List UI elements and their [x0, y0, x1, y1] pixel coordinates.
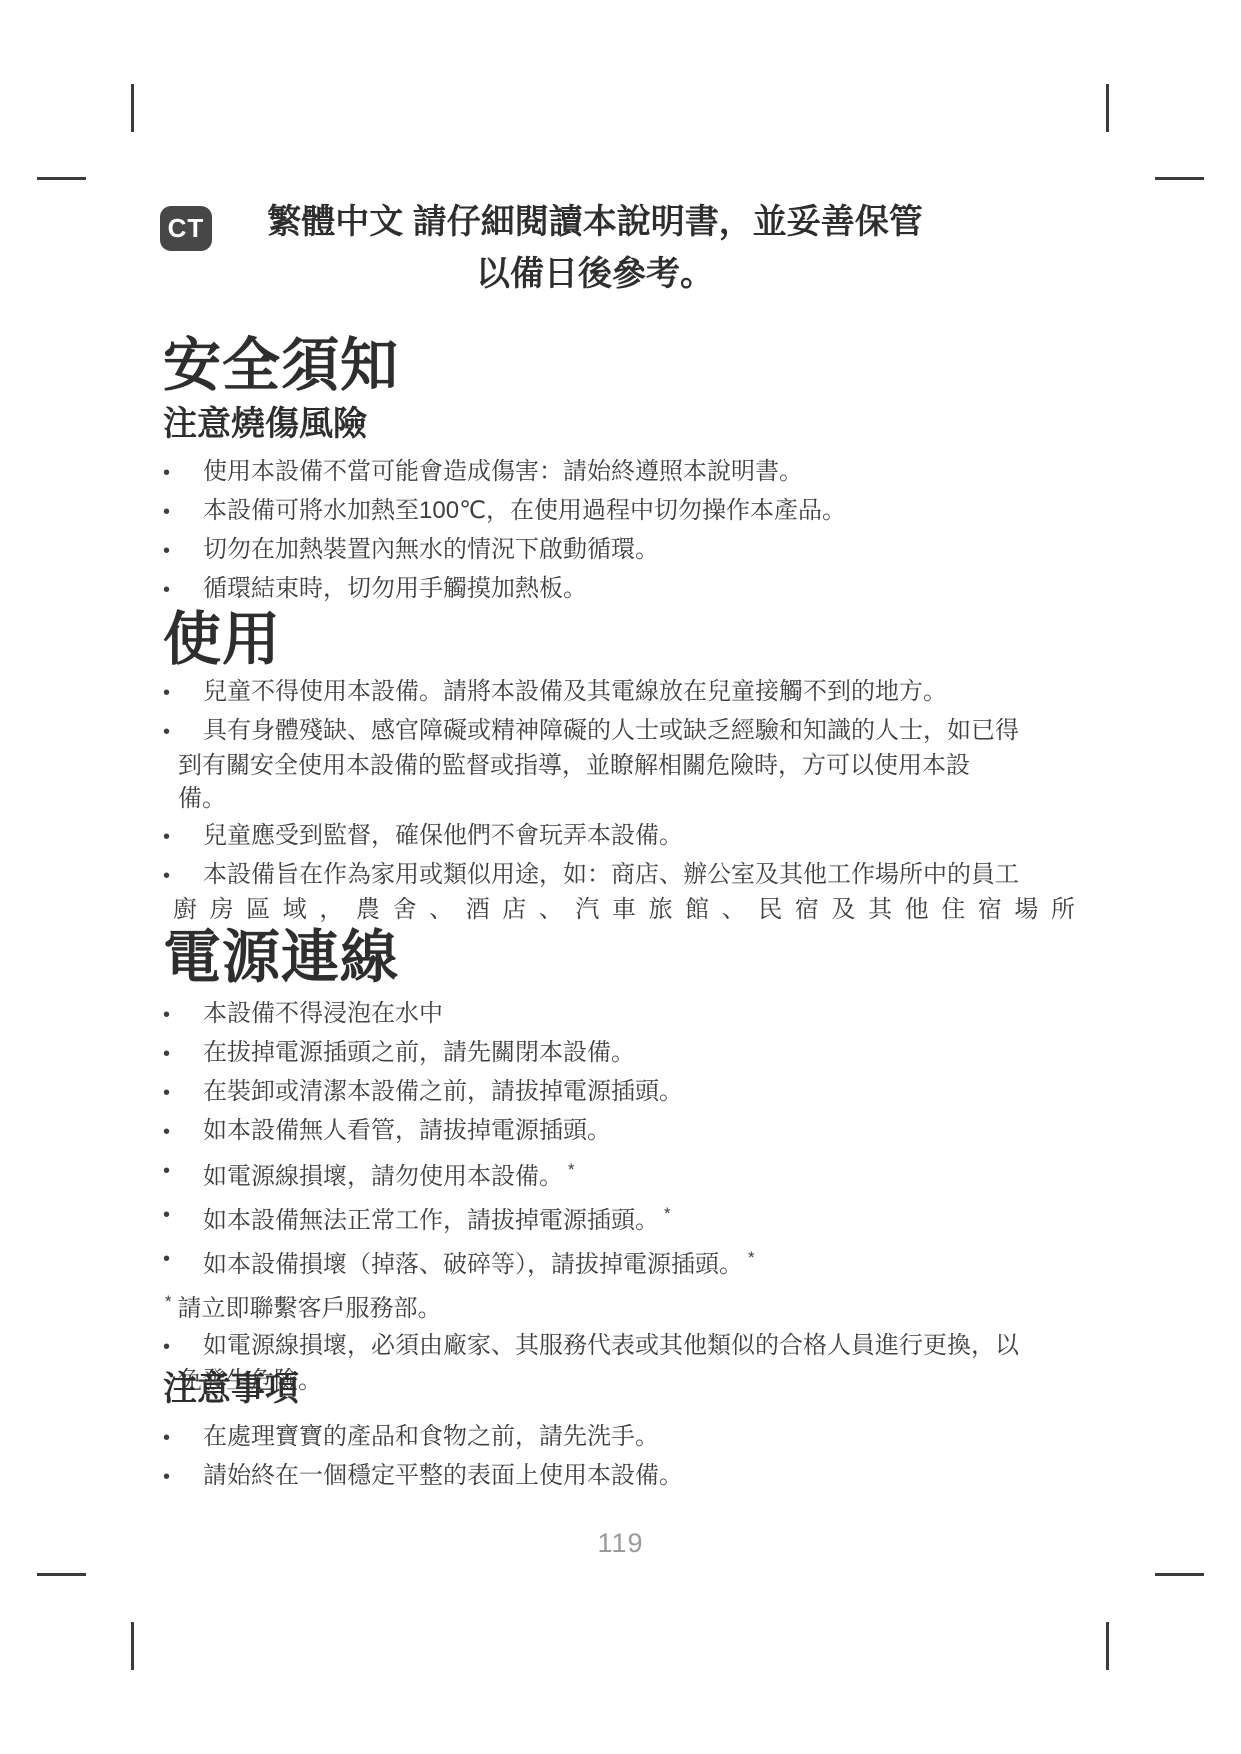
- bullet-icon: [163, 858, 203, 893]
- list-item-text-continuation: 廚房區域，農舍、酒店、汽車旅館、民宿及其他住宿場所: [163, 893, 1075, 926]
- list-item-text-continuation: 到有關安全使用本設備的監督或指導，並瞭解相關危險時，方可以使用本設: [163, 749, 1075, 782]
- list-item: 本設備旨在作為家用或類似用途，如：商店、辦公室及其他工作場所中的員工 廚房區域，…: [163, 858, 1075, 926]
- list-item-text: 使用本設備不當可能會造成傷害：請始終遵照本說明書。: [203, 455, 1075, 490]
- list-item-text: 具有身體殘缺、感官障礙或精神障礙的人士或缺乏經驗和知識的人士，如已得: [203, 714, 1075, 749]
- footnote-asterisk: *: [664, 1204, 671, 1223]
- list-item-text-continuation: 備。: [163, 782, 1075, 815]
- list-item: 兒童不得使用本設備。請將本設備及其電線放在兒童接觸不到的地方。: [163, 675, 1075, 710]
- list-item: 請始終在一個穩定平整的表面上使用本設備。: [163, 1459, 1075, 1494]
- list-item-text-main: 如本設備無法正常工作，請拔掉電源插頭。: [203, 1207, 659, 1234]
- bullet-list-precautions: 在處理寶寶的產品和食物之前，請先洗手。 請始終在一個穩定平整的表面上使用本設備。: [163, 1420, 1075, 1498]
- bullet-icon: [163, 1153, 203, 1193]
- list-item-text: 本設備不得浸泡在水中: [203, 997, 1075, 1032]
- crop-mark-top-left-vertical: [131, 84, 134, 132]
- list-item: 切勿在加熱裝置內無水的情況下啟動循環。: [163, 533, 1075, 568]
- list-item-text: 如本設備無人看管，請拔掉電源插頭。: [203, 1114, 1075, 1149]
- bullet-list-power: 本設備不得浸泡在水中 在拔掉電源插頭之前，請先關閉本設備。 在裝卸或清潔本設備之…: [163, 997, 1075, 1401]
- bullet-icon: [163, 1075, 203, 1110]
- list-item-text: 在裝卸或清潔本設備之前，請拔掉電源插頭。: [203, 1075, 1075, 1110]
- footnote-asterisk: *: [165, 1292, 172, 1311]
- list-item: 具有身體殘缺、感官障礙或精神障礙的人士或缺乏經驗和知識的人士，如已得 到有關安全…: [163, 714, 1075, 815]
- crop-mark-top-right-vertical: [1106, 84, 1109, 132]
- list-item-text: 切勿在加熱裝置內無水的情況下啟動循環。: [203, 533, 1075, 568]
- list-item-text: 本設備旨在作為家用或類似用途，如：商店、辦公室及其他工作場所中的員工: [203, 858, 1075, 893]
- footnote-text: 請立即聯繫客戶服務部。: [178, 1295, 442, 1322]
- bullet-icon: [163, 1329, 203, 1364]
- list-item: 在拔掉電源插頭之前，請先關閉本設備。: [163, 1036, 1075, 1071]
- section-title-usage: 使用: [163, 610, 281, 670]
- list-item: 循環結束時，切勿用手觸摸加熱板。: [163, 572, 1075, 607]
- list-item-text: 兒童應受到監督，確保他們不會玩弄本設備。: [203, 819, 1075, 854]
- bullet-icon: [163, 455, 203, 490]
- bullet-icon: [163, 1420, 203, 1455]
- list-item-text: 在拔掉電源插頭之前，請先關閉本設備。: [203, 1036, 1075, 1071]
- list-item: 在處理寶寶的產品和食物之前，請先洗手。: [163, 1420, 1075, 1455]
- list-item: 如電源線損壞，請勿使用本設備。*: [163, 1153, 1075, 1193]
- list-item-text: 循環結束時，切勿用手觸摸加熱板。: [203, 572, 1075, 607]
- list-item: 本設備可將水加熱至100℃，在使用過程中切勿操作本產品。: [163, 494, 1075, 529]
- bullet-list-usage: 兒童不得使用本設備。請將本設備及其電線放在兒童接觸不到的地方。 具有身體殘缺、感…: [163, 675, 1075, 930]
- list-item-text: 如本設備損壞（掉落、破碎等），請拔掉電源插頭。*: [203, 1241, 1075, 1281]
- bullet-icon: [163, 572, 203, 607]
- bullet-icon: [163, 997, 203, 1032]
- list-item-text-main: 如電源線損壞，請勿使用本設備。: [203, 1163, 563, 1190]
- list-item: 兒童應受到監督，確保他們不會玩弄本設備。: [163, 819, 1075, 854]
- bullet-icon: [163, 1241, 203, 1281]
- header-line2: 以備日後參考。: [130, 248, 1060, 300]
- list-item-text: 如本設備無法正常工作，請拔掉電源插頭。*: [203, 1197, 1075, 1237]
- list-item-text: 如電源線損壞，必須由廠家、其服務代表或其他類似的合格人員進行更換，以: [203, 1329, 1075, 1364]
- crop-mark-top-left-horizontal: [37, 177, 86, 180]
- header-line1: 繁體中文 請仔細閱讀本說明書，並妥善保管: [130, 196, 1060, 248]
- footnote-asterisk: *: [568, 1160, 575, 1179]
- list-item: 本設備不得浸泡在水中: [163, 997, 1075, 1032]
- bullet-icon: [163, 675, 203, 710]
- list-item: 使用本設備不當可能會造成傷害：請始終遵照本說明書。: [163, 455, 1075, 490]
- list-item-text: 請始終在一個穩定平整的表面上使用本設備。: [203, 1459, 1075, 1494]
- page-header: 繁體中文 請仔細閱讀本說明書，並妥善保管 以備日後參考。: [130, 196, 1060, 300]
- list-item-text: 本設備可將水加熱至100℃，在使用過程中切勿操作本產品。: [203, 494, 1075, 529]
- list-item-text: 在處理寶寶的產品和食物之前，請先洗手。: [203, 1420, 1075, 1455]
- bullet-icon: [163, 1197, 203, 1237]
- list-item-text-main: 如本設備損壞（掉落、破碎等），請拔掉電源插頭。: [203, 1251, 743, 1278]
- list-item: 如本設備無法正常工作，請拔掉電源插頭。*: [163, 1197, 1075, 1237]
- bullet-icon: [163, 1114, 203, 1149]
- list-item-text: 如電源線損壞，請勿使用本設備。*: [203, 1153, 1075, 1193]
- section-subtitle-burn-risk: 注意燒傷風險: [163, 404, 367, 444]
- page-number: 119: [0, 1528, 1241, 1559]
- bullet-icon: [163, 819, 203, 854]
- section-title-safety-notice: 安全須知: [163, 336, 399, 396]
- list-item: 在裝卸或清潔本設備之前，請拔掉電源插頭。: [163, 1075, 1075, 1110]
- crop-mark-bottom-right-vertical: [1106, 1622, 1109, 1670]
- bullet-icon: [163, 1036, 203, 1071]
- list-item: 如電源線損壞，必須由廠家、其服務代表或其他類似的合格人員進行更換，以 免發生危險…: [163, 1329, 1075, 1397]
- crop-mark-bottom-right-horizontal: [1155, 1573, 1204, 1576]
- bullet-icon: [163, 1459, 203, 1494]
- list-item: 如本設備無人看管，請拔掉電源插頭。: [163, 1114, 1075, 1149]
- footnote-asterisk: *: [748, 1248, 755, 1267]
- bullet-icon: [163, 533, 203, 568]
- manual-page: CT 繁體中文 請仔細閱讀本說明書，並妥善保管 以備日後參考。 安全須知 注意燒…: [0, 0, 1241, 1754]
- crop-mark-bottom-left-vertical: [131, 1622, 134, 1670]
- list-item-text: 兒童不得使用本設備。請將本設備及其電線放在兒童接觸不到的地方。: [203, 675, 1075, 710]
- crop-mark-bottom-left-horizontal: [37, 1573, 86, 1576]
- list-item: 如本設備損壞（掉落、破碎等），請拔掉電源插頭。*: [163, 1241, 1075, 1281]
- section-subtitle-precautions: 注意事項: [163, 1369, 299, 1409]
- section-title-power-connection: 電源連線: [163, 928, 399, 988]
- list-item-text-continuation: 免發生危險。: [163, 1364, 1075, 1397]
- bullet-list-burn-risk: 使用本設備不當可能會造成傷害：請始終遵照本說明書。 本設備可將水加熱至100℃，…: [163, 455, 1075, 611]
- footnote: *請立即聯繫客戶服務部。: [163, 1285, 1075, 1325]
- crop-mark-top-right-horizontal: [1155, 177, 1204, 180]
- bullet-icon: [163, 714, 203, 749]
- bullet-icon: [163, 494, 203, 529]
